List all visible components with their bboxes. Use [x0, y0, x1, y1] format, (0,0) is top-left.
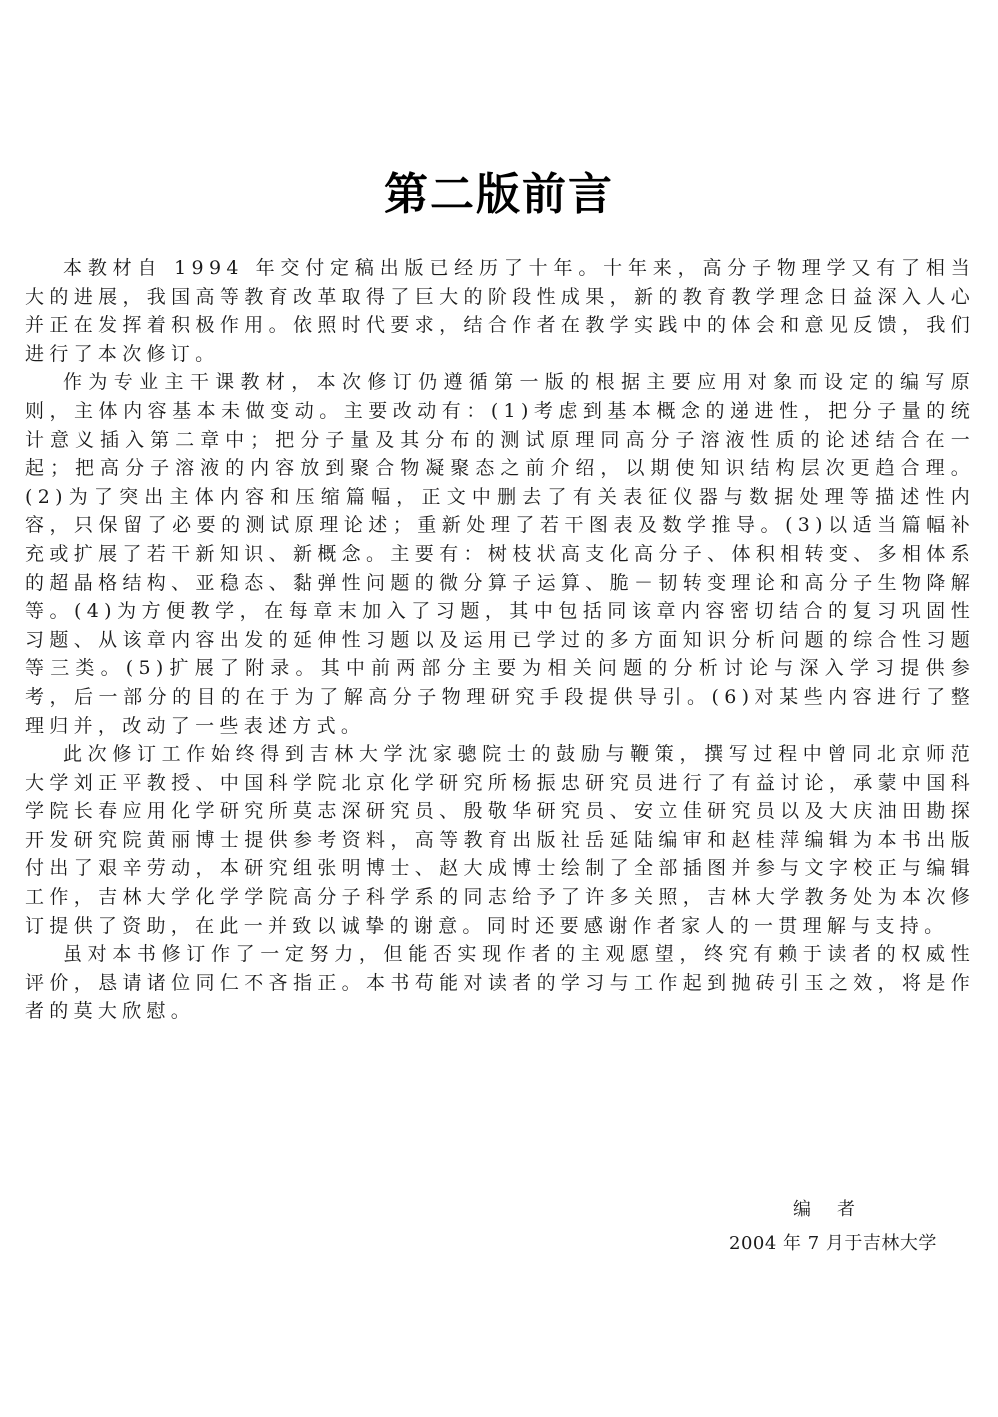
page-title: 第二版前言: [0, 167, 998, 223]
signature-date-place: 2004 年 7 月于吉林大学: [729, 1230, 937, 1258]
paragraph-acknowledgements: 此次修订工作始终得到吉林大学沈家骢院士的鼓励与鞭策，撰写过程中曾同北京师范大学刘…: [25, 740, 975, 940]
preface-body: 本教材自 1994 年交付定稿出版已经历了十年。十年来，高分子物理学又有了相当大…: [25, 254, 975, 1026]
paragraph-closing: 虽对本书修订作了一定努力，但能否实现作者的主观愿望，终究有赖于读者的权威性评价，…: [25, 940, 975, 1026]
paragraph-intro: 本教材自 1994 年交付定稿出版已经历了十年。十年来，高分子物理学又有了相当大…: [25, 254, 975, 368]
paragraph-revisions: 作为专业主干课教材，本次修订仍遵循第一版的根据主要应用对象而设定的编写原则，主体…: [25, 368, 975, 740]
signature-author: 编者: [793, 1196, 881, 1224]
